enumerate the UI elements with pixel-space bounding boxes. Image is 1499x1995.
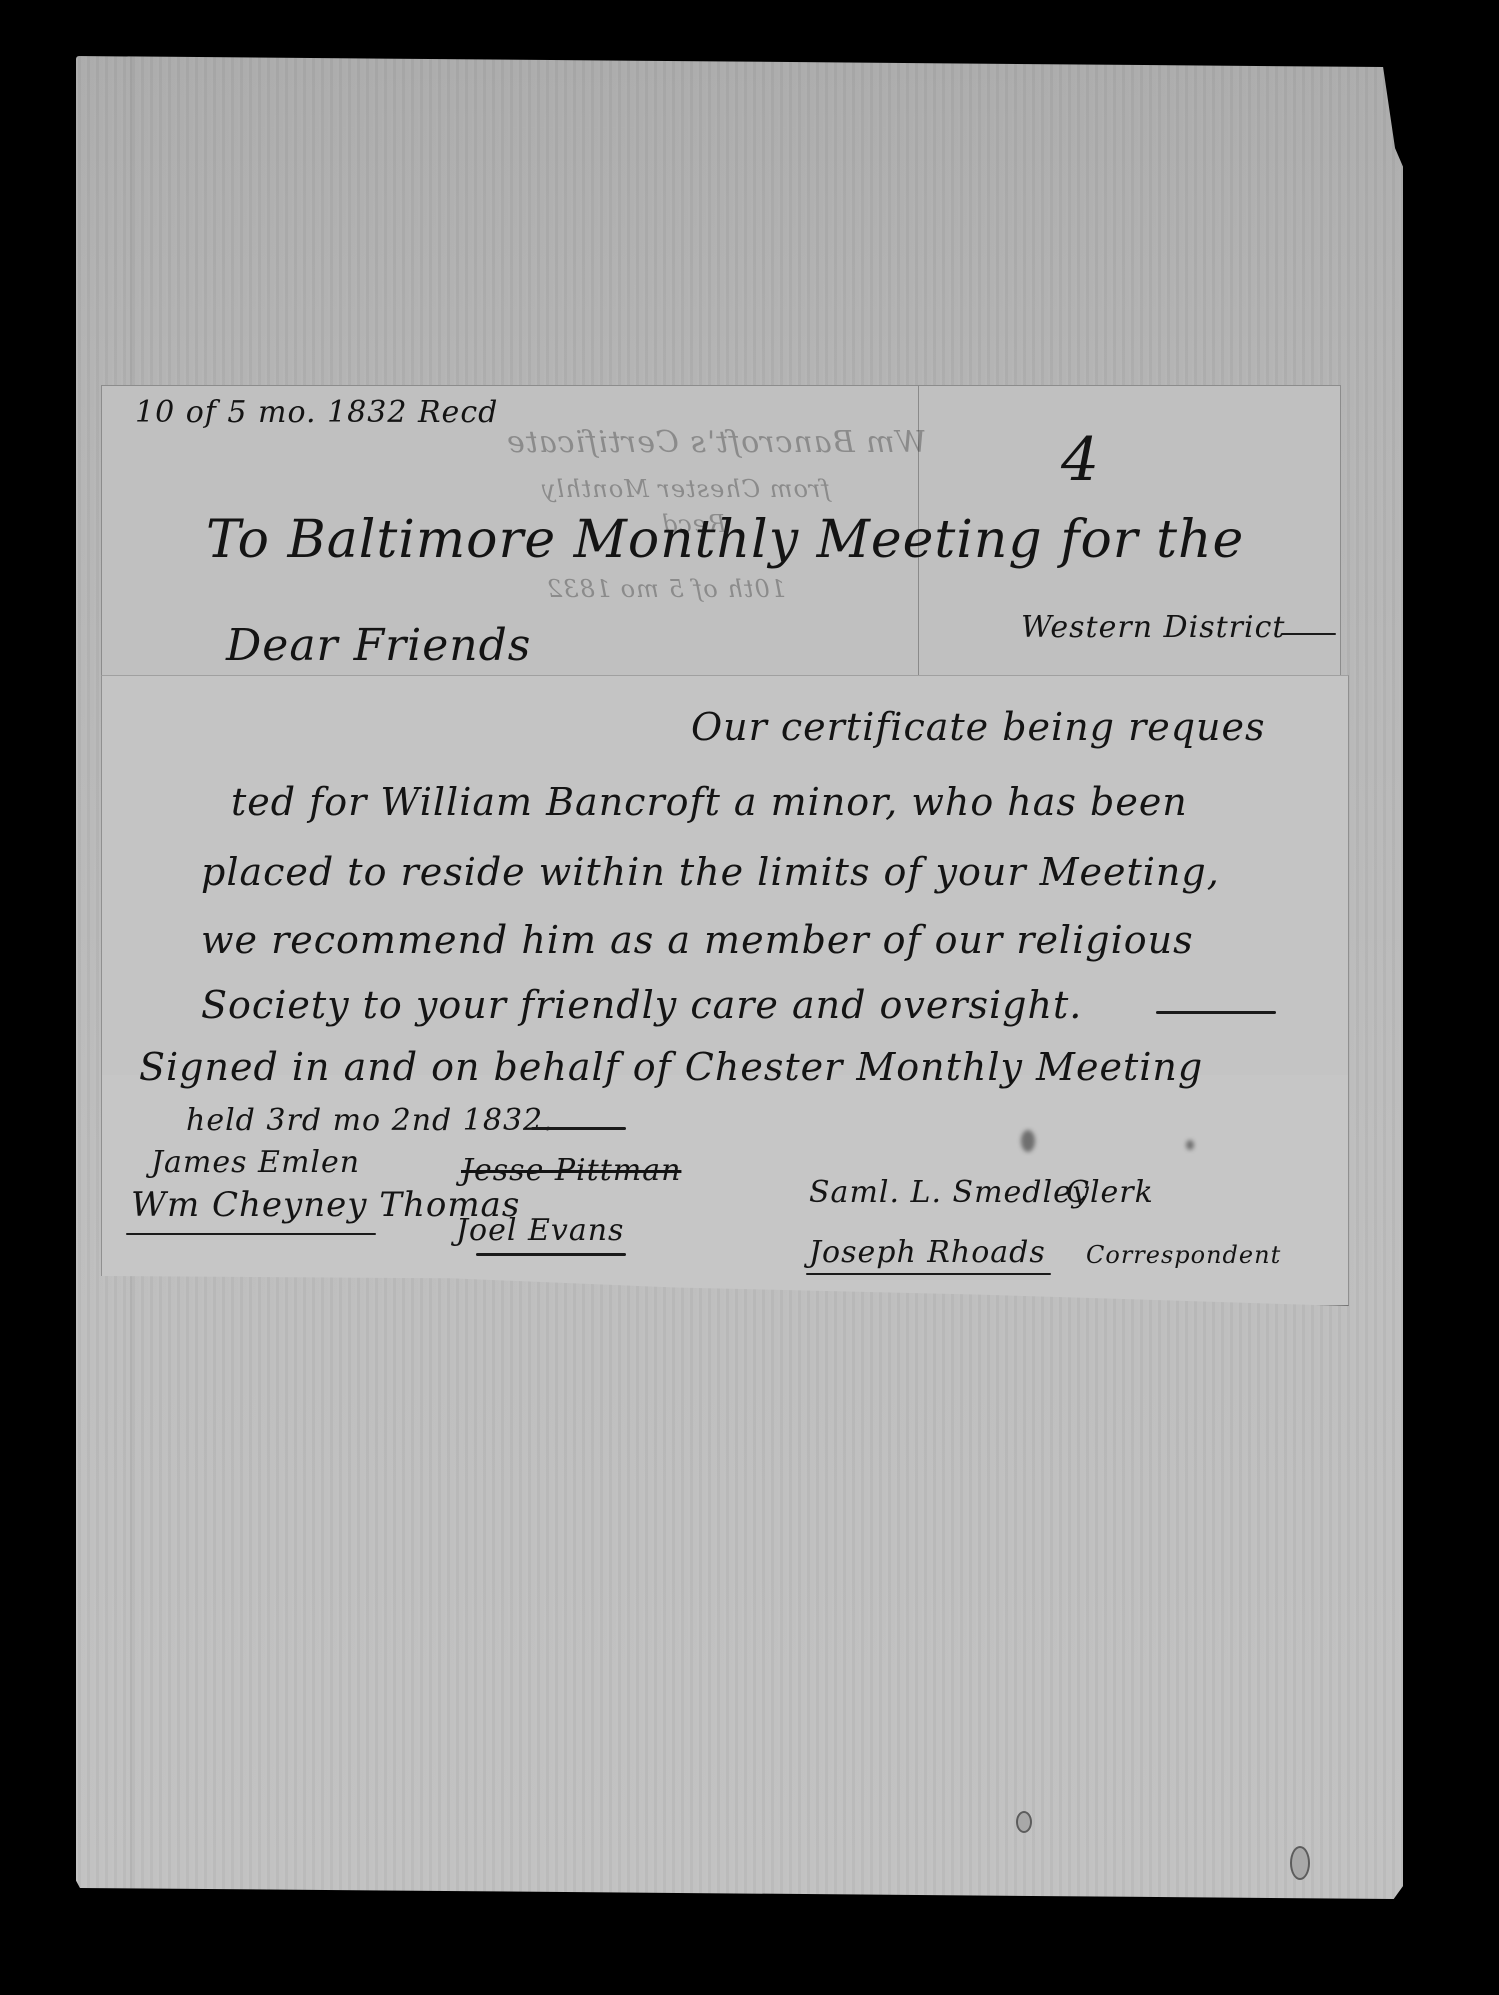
paper-hole-mark <box>1016 1811 1032 1833</box>
correspondent-signature: Joseph Rhoads <box>809 1235 1046 1270</box>
paper-hole-mark <box>817 1897 837 1925</box>
signing-line: Signed in and on behalf of Chester Month… <box>139 1045 1203 1089</box>
certificate-letter: Wm Bancroft's Certificate from Chester M… <box>101 385 1347 1325</box>
bleedthrough-docket: from Chester Monthly <box>541 475 830 503</box>
clerk-title: Clerk <box>1066 1175 1154 1210</box>
address-district: Western District <box>1021 610 1285 645</box>
correspondent-underline <box>806 1273 1051 1275</box>
body-line: placed to reside within the limits of yo… <box>201 850 1220 894</box>
bleedthrough-docket: Wm Bancroft's Certificate <box>506 425 927 460</box>
signature-jesse-pittman: Jesse Pittman <box>461 1153 681 1188</box>
signature-james-emlen: James Emlen <box>151 1145 360 1180</box>
correspondent-title: Correspondent <box>1086 1241 1281 1269</box>
salutation: Dear Friends <box>226 620 531 671</box>
signature-flourish <box>476 1253 626 1256</box>
scan-background: Wm Bancroft's Certificate from Chester M… <box>0 0 1499 1995</box>
held-date-flourish <box>531 1127 626 1130</box>
body-line: Society to your friendly care and oversi… <box>201 983 1082 1027</box>
body-line: ted for William Bancroft a minor, who ha… <box>231 780 1188 824</box>
clerk-signature: Saml. L. Smedley <box>809 1175 1090 1210</box>
district-dash <box>1281 633 1336 635</box>
ink-smudge <box>1186 1140 1194 1150</box>
held-date-line: held 3rd mo 2nd 1832. <box>186 1103 554 1138</box>
signature-joel-evans: Joel Evans <box>456 1213 624 1248</box>
ink-smudge <box>1021 1130 1035 1152</box>
bleedthrough-docket: 10th of 5 mo 1832 <box>546 575 786 603</box>
closing-flourish <box>1156 1011 1276 1014</box>
signature-flourish <box>126 1233 376 1235</box>
body-line: Our certificate being reques <box>691 705 1266 749</box>
body-line: we recommend him as a member of our reli… <box>201 918 1194 962</box>
page-number: 4 <box>1061 425 1100 495</box>
receipt-note: 10 of 5 mo. 1832 Recd <box>135 395 498 430</box>
address-line: To Baltimore Monthly Meeting for the <box>206 510 1244 570</box>
paper-hole-mark <box>1290 1846 1310 1880</box>
